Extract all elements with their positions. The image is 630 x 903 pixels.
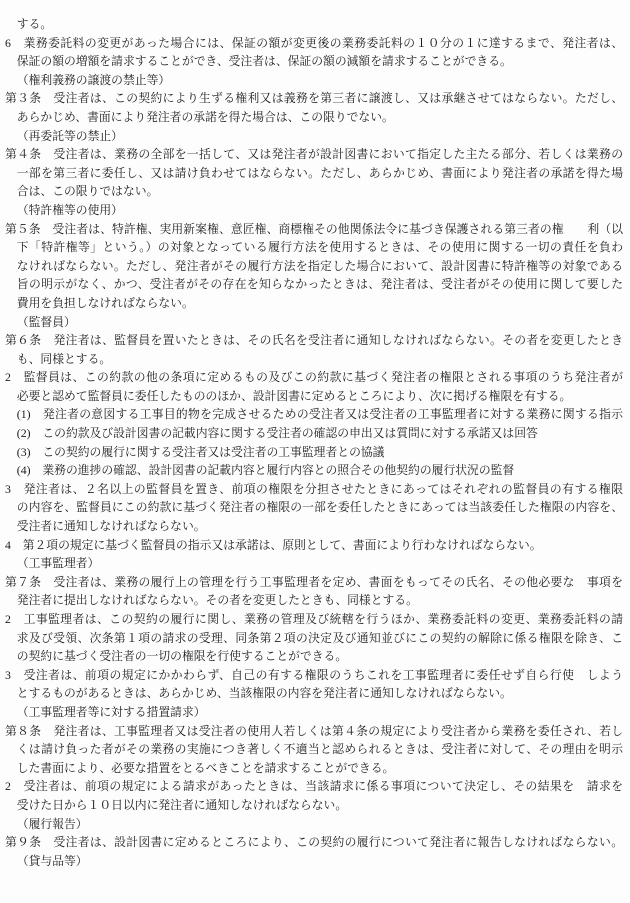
text-line: 費用を負担しなければならない。: [5, 294, 623, 313]
text-line: （工事監理者）: [5, 554, 623, 573]
text-line: あらかじめ、書面により発注者の承諾を得た場合は、この限りでない。: [5, 108, 623, 127]
text-line: 第３条 受注者は、この契約により生ずる権利又は義務を第三者に譲渡し、又は承継させ…: [5, 89, 623, 108]
text-line: 第５条 受注者は、特許権、実用新案権、意匠権、商標権その他関係法令に基づき保護さ…: [5, 220, 623, 239]
text-line: （再委託等の禁止）: [5, 127, 623, 146]
text-line: なければならない。ただし、発注者がその履行方法を指定した場合において、設計図書に…: [5, 257, 623, 276]
text-line: 発注者に提出しなければならない。その者を変更したときも、同様とする。: [5, 591, 623, 610]
text-line: 求及び受領、次条第１項の請求の受理、同条第２項の決定及び通知並びにこの契約の解除…: [5, 629, 623, 648]
text-line: 下「特許権等」という。）の対象となっている履行方法を使用するときは、その使用に関…: [5, 238, 623, 257]
text-line: 6 業務委託料の変更があった場合には、保証の額が変更後の業務委託料の１０分の１に…: [5, 34, 623, 53]
text-line: くは請け負った者がその業務の実施につき著しく不適当と認められるときは、受注者に対…: [5, 740, 623, 759]
text-line: 3 受注者は、前項の規定にかかわらず、自己の有する権限のうちこれを工事監理者に委…: [5, 666, 623, 685]
text-line: 4 第２項の規定に基づく監督員の指示又は承諾は、原則として、書面により行わなけれ…: [5, 536, 623, 555]
text-line: （貸与品等）: [5, 852, 623, 871]
document-text: する。6 業務委託料の変更があった場合には、保証の額が変更後の業務委託料の１０分…: [5, 15, 623, 870]
text-line: 保証の額の増額を請求することができ、受注者は、保証の額の減額を請求することができ…: [5, 52, 623, 71]
text-line: 第７条 受注者は、業務の履行上の管理を行う工事監理者を定め、書面をもってその氏名…: [5, 573, 623, 592]
text-line: （権利義務の譲渡の禁止等）: [5, 71, 623, 90]
text-line: 一部を第三者に委任し、又は請け負わせてはならない。ただし、あらかじめ、書面により…: [5, 164, 623, 183]
text-line: （工事監理者等に対する措置請求）: [5, 703, 623, 722]
text-line: （特許権等の使用）: [5, 201, 623, 220]
text-line: 3 発注者は、２名以上の監督員を置き、前項の権限を分担させたときにあってはそれぞ…: [5, 480, 623, 499]
text-line: する。: [5, 15, 623, 34]
text-line: 第９条 受注者は、設計図書に定めるところにより、この契約の履行について発注者に報…: [5, 833, 623, 852]
text-line: 受注者に通知しなければならない。: [5, 517, 623, 536]
text-line: の契約に基づく受注者の一切の権限を行使することができる。: [5, 647, 623, 666]
text-line: 2 受注者は、前項の規定による請求があったときは、当該請求に係る事項について決定…: [5, 777, 623, 796]
text-line: 受けた日から１０日以内に発注者に通知しなければならない。: [5, 796, 623, 815]
document-page: する。6 業務委託料の変更があった場合には、保証の額が変更後の業務委託料の１０分…: [0, 0, 630, 903]
text-line: （履行報告）: [5, 815, 623, 834]
text-line: (2) この約款及び設計図書の記載内容に関する受注者の確認の申出又は質問に対する…: [5, 424, 623, 443]
text-line: も、同様とする。: [5, 350, 623, 369]
text-line: 第８条 発注者は、工事監理者又は受注者の使用人若しくは第４条の規定により受注者か…: [5, 722, 623, 741]
text-line: 合は、この限りではない。: [5, 182, 623, 201]
text-line: 第６条 発注者は、監督員を置いたときは、その氏名を受注者に通知しなければならない…: [5, 331, 623, 350]
text-line: 旨の明示がなく、かつ、受注者がその存在を知らなかったときは、発注者は、受注者がそ…: [5, 275, 623, 294]
text-line: (4) 業務の進捗の確認、設計図書の記載内容と履行内容との照合その他契約の履行状…: [5, 461, 623, 480]
text-line: 必要と認めて監督員に委任したもののほか、設計図書に定めるところにより、次に掲げる…: [5, 387, 623, 406]
text-line: 2 監督員は、この約款の他の条項に定めるもの及びこの約款に基づく発注者の権限とさ…: [5, 368, 623, 387]
text-line: した書面により、必要な措置をとるべきことを請求することができる。: [5, 759, 623, 778]
text-line: (1) 発注者の意図する工事目的物を完成させるための受注者又は受注者の工事監理者…: [5, 405, 623, 424]
text-line: とするものがあるときは、あらかじめ、当該権限の内容を発注者に通知しなければならな…: [5, 684, 623, 703]
text-line: (3) この契約の履行に関する受注者又は受注者の工事監理者との協議: [5, 443, 623, 462]
text-line: 2 工事監理者は、この契約の履行に関し、業務の管理及び統轄を行うほか、業務委託料…: [5, 610, 623, 629]
text-line: の内容を、監督員にこの約款に基づく発注者の権限の一部を委任したときにあっては当該…: [5, 498, 623, 517]
text-line: 第４条 受注者は、業務の全部を一括して、又は発注者が設計図書において指定した主た…: [5, 145, 623, 164]
text-line: （監督員）: [5, 313, 623, 332]
